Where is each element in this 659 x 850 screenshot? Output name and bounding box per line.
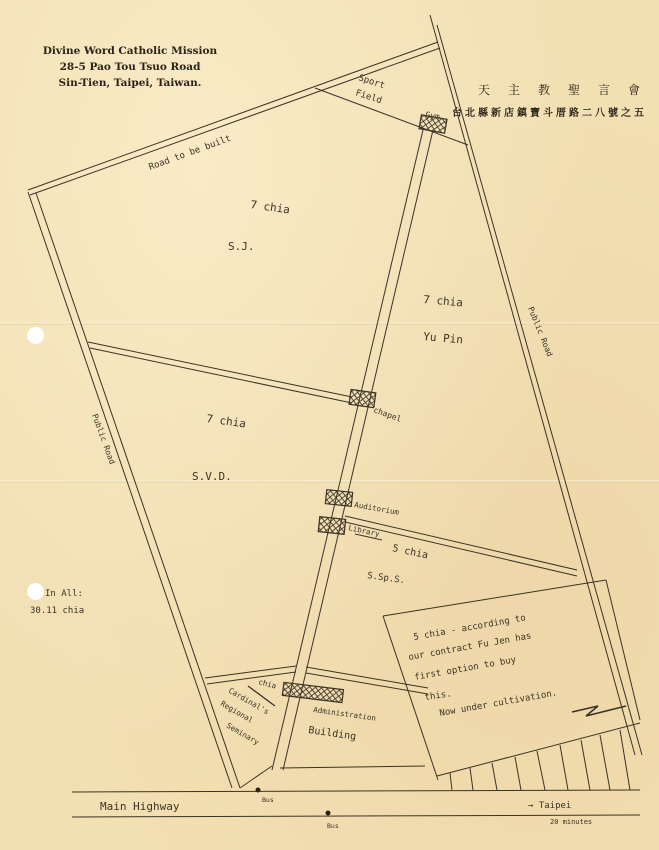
bus-stop-marker (256, 788, 261, 793)
seminary-corner (240, 766, 272, 788)
admin-label-2: Building (308, 725, 357, 743)
auditorium-building (325, 490, 352, 507)
note-line-5: Now under cultivation. (439, 688, 558, 719)
svd-ssps-boundary (345, 516, 577, 576)
right-road-label: Public Road (526, 305, 554, 358)
ssps-owner-label: S.Sp.S. (367, 571, 406, 586)
yupin-area-label: 7 chia (423, 293, 464, 309)
sj-owner-label: S.J. (228, 240, 255, 253)
main-highway-label: Main Highway (100, 800, 180, 813)
admin-label-1: Administration (313, 705, 377, 723)
total-value: 30.11 chia (30, 606, 84, 616)
admin-bottom-boundary (280, 766, 425, 768)
administration-building (282, 682, 343, 702)
ssps-area-label: 5 chia (391, 543, 429, 561)
site-map: Road to be built Sport Field Gym 7 chia … (0, 0, 659, 850)
central-driveway (272, 130, 433, 770)
yupin-owner-label: Yu Pin (423, 330, 464, 346)
seminary-chia-label: chia (257, 677, 277, 690)
sj-svd-boundary (88, 342, 352, 403)
svd-owner-label: S.V.D. (192, 470, 232, 483)
cultivated-field (437, 723, 640, 790)
left-public-road (28, 192, 240, 788)
total-label: In All: (45, 589, 83, 599)
travel-time-label: 20 minutes (550, 818, 592, 826)
bus-stop-marker (326, 811, 331, 816)
library-building (318, 517, 345, 535)
sport-field-label-2: Field (354, 88, 383, 106)
taipei-direction-label: → Taipei (528, 801, 571, 811)
road-to-be-built (28, 42, 440, 195)
sport-field-boundary (315, 88, 468, 145)
sj-area-label: 7 chia (250, 198, 291, 216)
chapel-building (349, 389, 376, 407)
sport-field-label-1: Sport (357, 73, 386, 91)
z-mark (572, 706, 626, 716)
note-line-4: this. (424, 689, 452, 703)
seminary-label-3: Seminary (225, 721, 261, 747)
bus-label: Bus (262, 796, 274, 804)
svd-area-label: 7 chia (206, 412, 247, 430)
bus-label: Bus (327, 822, 339, 830)
road-to-be-built-label: Road to be built (148, 134, 233, 173)
chapel-label: chapel (372, 405, 402, 423)
auditorium-label: Auditorium (354, 500, 401, 517)
